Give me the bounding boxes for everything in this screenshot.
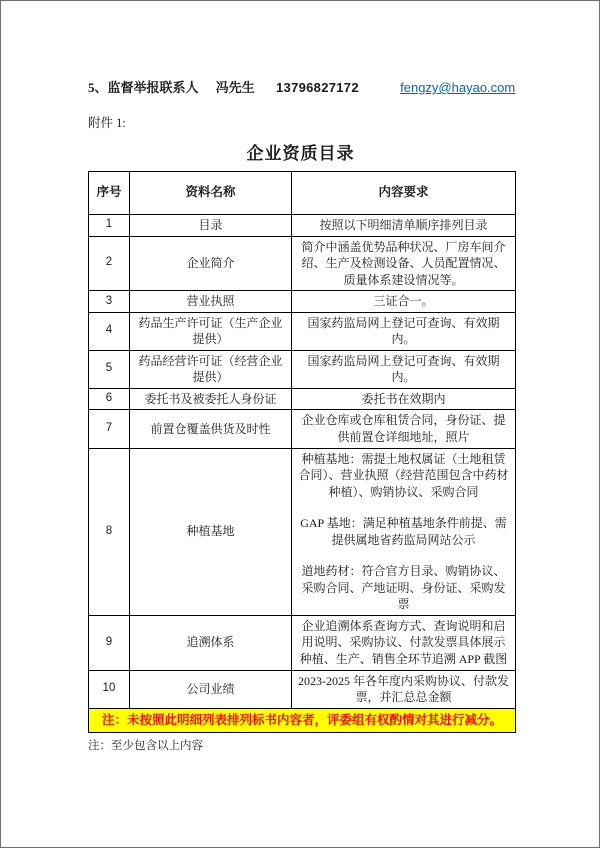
content-paragraph: 按照以下明细清单顺序排列目录 [296, 217, 511, 234]
contact-prefix: 5、监督举报联系人 [88, 80, 199, 95]
cell-serial-number: 2 [89, 236, 130, 291]
attachment-label: 附件 1: [88, 113, 513, 131]
cell-material-name: 委托书及被委托人身份证 [130, 388, 292, 410]
content-paragraph: 国家药监局网上登记可查询、有效期内。 [296, 353, 511, 386]
cell-material-name: 药品生产许可证（生产企业提供） [130, 312, 292, 350]
page-title: 企业资质目录 [88, 139, 513, 164]
header-内容要求: 内容要求 [292, 172, 516, 215]
table-row: 10公司业绩2023-2025 年各年度内采购协议、付款发票，并汇总总金额 [89, 670, 516, 708]
table-row: 6委托书及被委托人身份证委托书在效期内 [89, 388, 516, 410]
qualification-table: 序号 资料名称 内容要求 1目录按照以下明细清单顺序排列目录2企业简介简介中涵盖… [88, 171, 516, 733]
content-paragraph: 企业仓库或仓库租赁合同，身份证、提供前置仓详细地址，照片 [296, 412, 511, 445]
content-paragraph: 简介中涵盖优势品种状况、厂房车间介绍、生产及检测设备、人员配置情况、质量体系建设… [296, 239, 511, 289]
cell-material-name: 企业简介 [130, 236, 292, 291]
contact-name: 冯先生 [216, 80, 255, 95]
content-paragraph: GAP 基地：满足种植基地条件前提、需提供属地省药监局网站公示 [296, 515, 511, 548]
contact-line: 5、监督举报联系人 冯先生 13796827172 fengzy@hayao.c… [88, 77, 513, 96]
cell-material-name: 营业执照 [130, 291, 292, 313]
cell-content-requirement: 委托书在效期内 [292, 388, 516, 410]
cell-material-name: 公司业绩 [130, 670, 292, 708]
content-paragraph: 三证合一。 [296, 293, 511, 310]
cell-serial-number: 1 [89, 215, 130, 237]
cell-serial-number: 3 [89, 291, 130, 313]
cell-content-requirement: 企业追溯体系查询方式、查询说明和启用说明、采购协议、付款发票具体展示种植、生产、… [292, 615, 516, 670]
cell-content-requirement: 2023-2025 年各年度内采购协议、付款发票，并汇总总金额 [292, 670, 516, 708]
table-row: 1目录按照以下明细清单顺序排列目录 [89, 215, 516, 237]
content-paragraph: 2023-2025 年各年度内采购协议、付款发票，并汇总总金额 [296, 673, 511, 706]
cell-content-requirement: 种植基地：需提土地权属证（土地租赁合同）、营业执照（经营范围包含中药材种植）、购… [292, 448, 516, 615]
contact-email-link[interactable]: fengzy@hayao.com [400, 80, 515, 95]
table-row: 8种植基地种植基地：需提土地权属证（土地租赁合同）、营业执照（经营范围包含中药材… [89, 448, 516, 615]
table-row: 9追溯体系企业追溯体系查询方式、查询说明和启用说明、采购协议、付款发票具体展示种… [89, 615, 516, 670]
contact-phone: 13796827172 [276, 80, 359, 95]
document-page: 5、监督举报联系人 冯先生 13796827172 fengzy@hayao.c… [0, 0, 600, 848]
footnote: 注：至少包含以上内容 [88, 737, 513, 753]
cell-serial-number: 8 [89, 448, 130, 615]
cell-material-name: 目录 [130, 215, 292, 237]
cell-content-requirement: 国家药监局网上登记可查询、有效期内。 [292, 350, 516, 388]
cell-serial-number: 10 [89, 670, 130, 708]
page-content: 5、监督举报联系人 冯先生 13796827172 fengzy@hayao.c… [1, 1, 599, 753]
content-paragraph: 道地药材：符合官方目录、购销协议、采购合同、产地证明、身份证、采购发票 [296, 563, 511, 613]
table-row: 2企业简介简介中涵盖优势品种状况、厂房车间介绍、生产及检测设备、人员配置情况、质… [89, 236, 516, 291]
table-header-row: 序号 资料名称 内容要求 [89, 172, 516, 215]
cell-content-requirement: 国家药监局网上登记可查询、有效期内。 [292, 312, 516, 350]
cell-material-name: 前置仓覆盖供货及时性 [130, 410, 292, 448]
header-序号: 序号 [89, 172, 130, 215]
table-row: 7前置仓覆盖供货及时性企业仓库或仓库租赁合同，身份证、提供前置仓详细地址，照片 [89, 410, 516, 448]
cell-content-requirement: 企业仓库或仓库租赁合同，身份证、提供前置仓详细地址，照片 [292, 410, 516, 448]
cell-material-name: 种植基地 [130, 448, 292, 615]
table-note-row: 注：未按照此明细列表排列标书内容者，评委组有权酌情对其进行减分。 [89, 708, 516, 732]
cell-content-requirement: 简介中涵盖优势品种状况、厂房车间介绍、生产及检测设备、人员配置情况、质量体系建设… [292, 236, 516, 291]
cell-serial-number: 6 [89, 388, 130, 410]
content-paragraph: 委托书在效期内 [296, 391, 511, 408]
cell-material-name: 追溯体系 [130, 615, 292, 670]
table-row: 3营业执照三证合一。 [89, 291, 516, 313]
cell-serial-number: 9 [89, 615, 130, 670]
cell-serial-number: 4 [89, 312, 130, 350]
content-paragraph: 种植基地：需提土地权属证（土地租赁合同）、营业执照（经营范围包含中药材种植）、购… [296, 451, 511, 501]
table-row: 4药品生产许可证（生产企业提供）国家药监局网上登记可查询、有效期内。 [89, 312, 516, 350]
cell-content-requirement: 按照以下明细清单顺序排列目录 [292, 215, 516, 237]
content-paragraph: 企业追溯体系查询方式、查询说明和启用说明、采购协议、付款发票具体展示种植、生产、… [296, 618, 511, 668]
cell-material-name: 药品经营许可证（经营企业提供） [130, 350, 292, 388]
cell-serial-number: 7 [89, 410, 130, 448]
content-paragraph: 国家药监局网上登记可查询、有效期内。 [296, 315, 511, 348]
table-note-text: 注：未按照此明细列表排列标书内容者，评委组有权酌情对其进行减分。 [89, 708, 516, 732]
cell-content-requirement: 三证合一。 [292, 291, 516, 313]
cell-serial-number: 5 [89, 350, 130, 388]
table-row: 5药品经营许可证（经营企业提供）国家药监局网上登记可查询、有效期内。 [89, 350, 516, 388]
header-资料名称: 资料名称 [130, 172, 292, 215]
